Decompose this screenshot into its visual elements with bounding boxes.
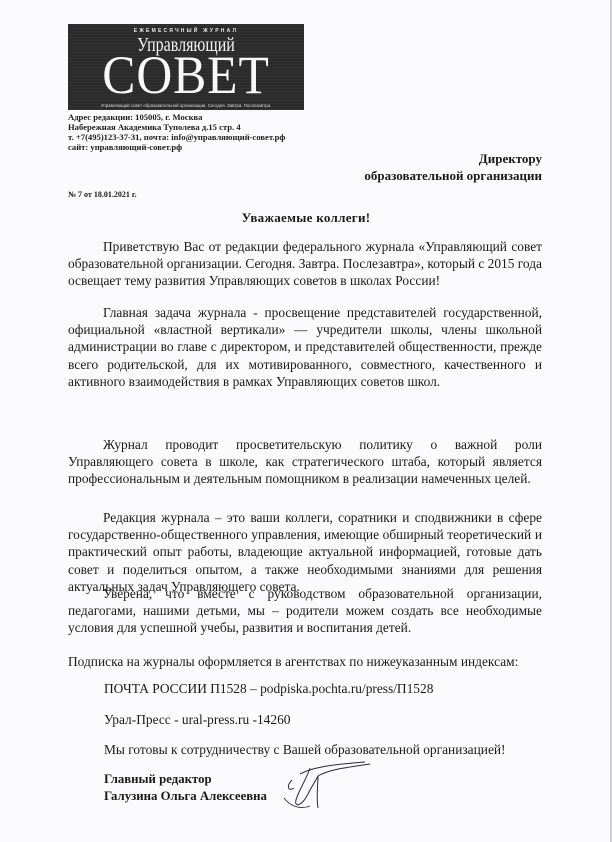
salutation: Уважаемые коллеги! — [0, 210, 612, 226]
paragraph-policy: Журнал проводит просветительскую политик… — [68, 436, 542, 488]
paragraph-greeting: Приветствую Вас от редакции федерального… — [68, 238, 542, 290]
paragraph-text: Главная задача журнала - просвещение пре… — [68, 304, 542, 390]
document-number: № 7 от 18.01.2021 г. — [68, 190, 137, 199]
paragraph-text: Приветствую Вас от редакции федерального… — [68, 238, 542, 290]
signer-position: Главный редактор — [104, 771, 267, 788]
subscription-index-pochta: ПОЧТА РОССИИ П1528 – podpiska.pochta.ru/… — [104, 680, 433, 697]
paragraph-editorial: Редакция журнала – это ваши коллеги, сор… — [68, 509, 542, 595]
paragraph-confidence: Уверена, что вместе с руководством образ… — [68, 585, 542, 637]
masthead-tagline: Управляющий совет образовательной органи… — [68, 103, 304, 108]
masthead-title: СОВЕТ — [77, 51, 294, 99]
paragraph-mission: Главная задача журнала - просвещение пре… — [68, 304, 542, 390]
recipient-organization: образовательной организации — [364, 167, 542, 184]
editorial-address: Адрес редакции: 105005, г. Москва Набере… — [68, 112, 285, 152]
handwritten-signature-icon — [270, 758, 380, 818]
recipient-title: Директору — [364, 150, 542, 167]
recipient-block: Директору образовательной организации — [364, 150, 542, 184]
subscription-index-ural-press: Урал-Пресс - ural-press.ru -14260 — [104, 711, 290, 728]
website-line: сайт: управляющий-совет.рф — [68, 142, 285, 152]
address-line: Набережная Академика Туполева д.15 стр. … — [68, 122, 285, 132]
paragraph-text: Журнал проводит просветительскую политик… — [68, 436, 542, 488]
subscription-intro: Подписка на журналы оформляется в агентс… — [68, 653, 518, 670]
cooperation-line: Мы готовы к сотрудничеству с Вашей образ… — [104, 741, 506, 758]
signature-block: Главный редактор Галузина Ольга Алексеев… — [104, 771, 267, 805]
signer-name: Галузина Ольга Алексеевна — [104, 788, 267, 805]
paragraph-text: Уверена, что вместе с руководством образ… — [68, 585, 542, 637]
contact-line: т. +7(495)123-37-31, почта: info@управля… — [68, 132, 285, 142]
paragraph-text: Редакция журнала – это ваши коллеги, сор… — [68, 509, 542, 595]
journal-masthead-logo: ЕЖЕМЕСЯЧНЫЙ ЖУРНАЛ Управляющий СОВЕТ Упр… — [68, 24, 304, 110]
address-line: Адрес редакции: 105005, г. Москва — [68, 112, 285, 122]
